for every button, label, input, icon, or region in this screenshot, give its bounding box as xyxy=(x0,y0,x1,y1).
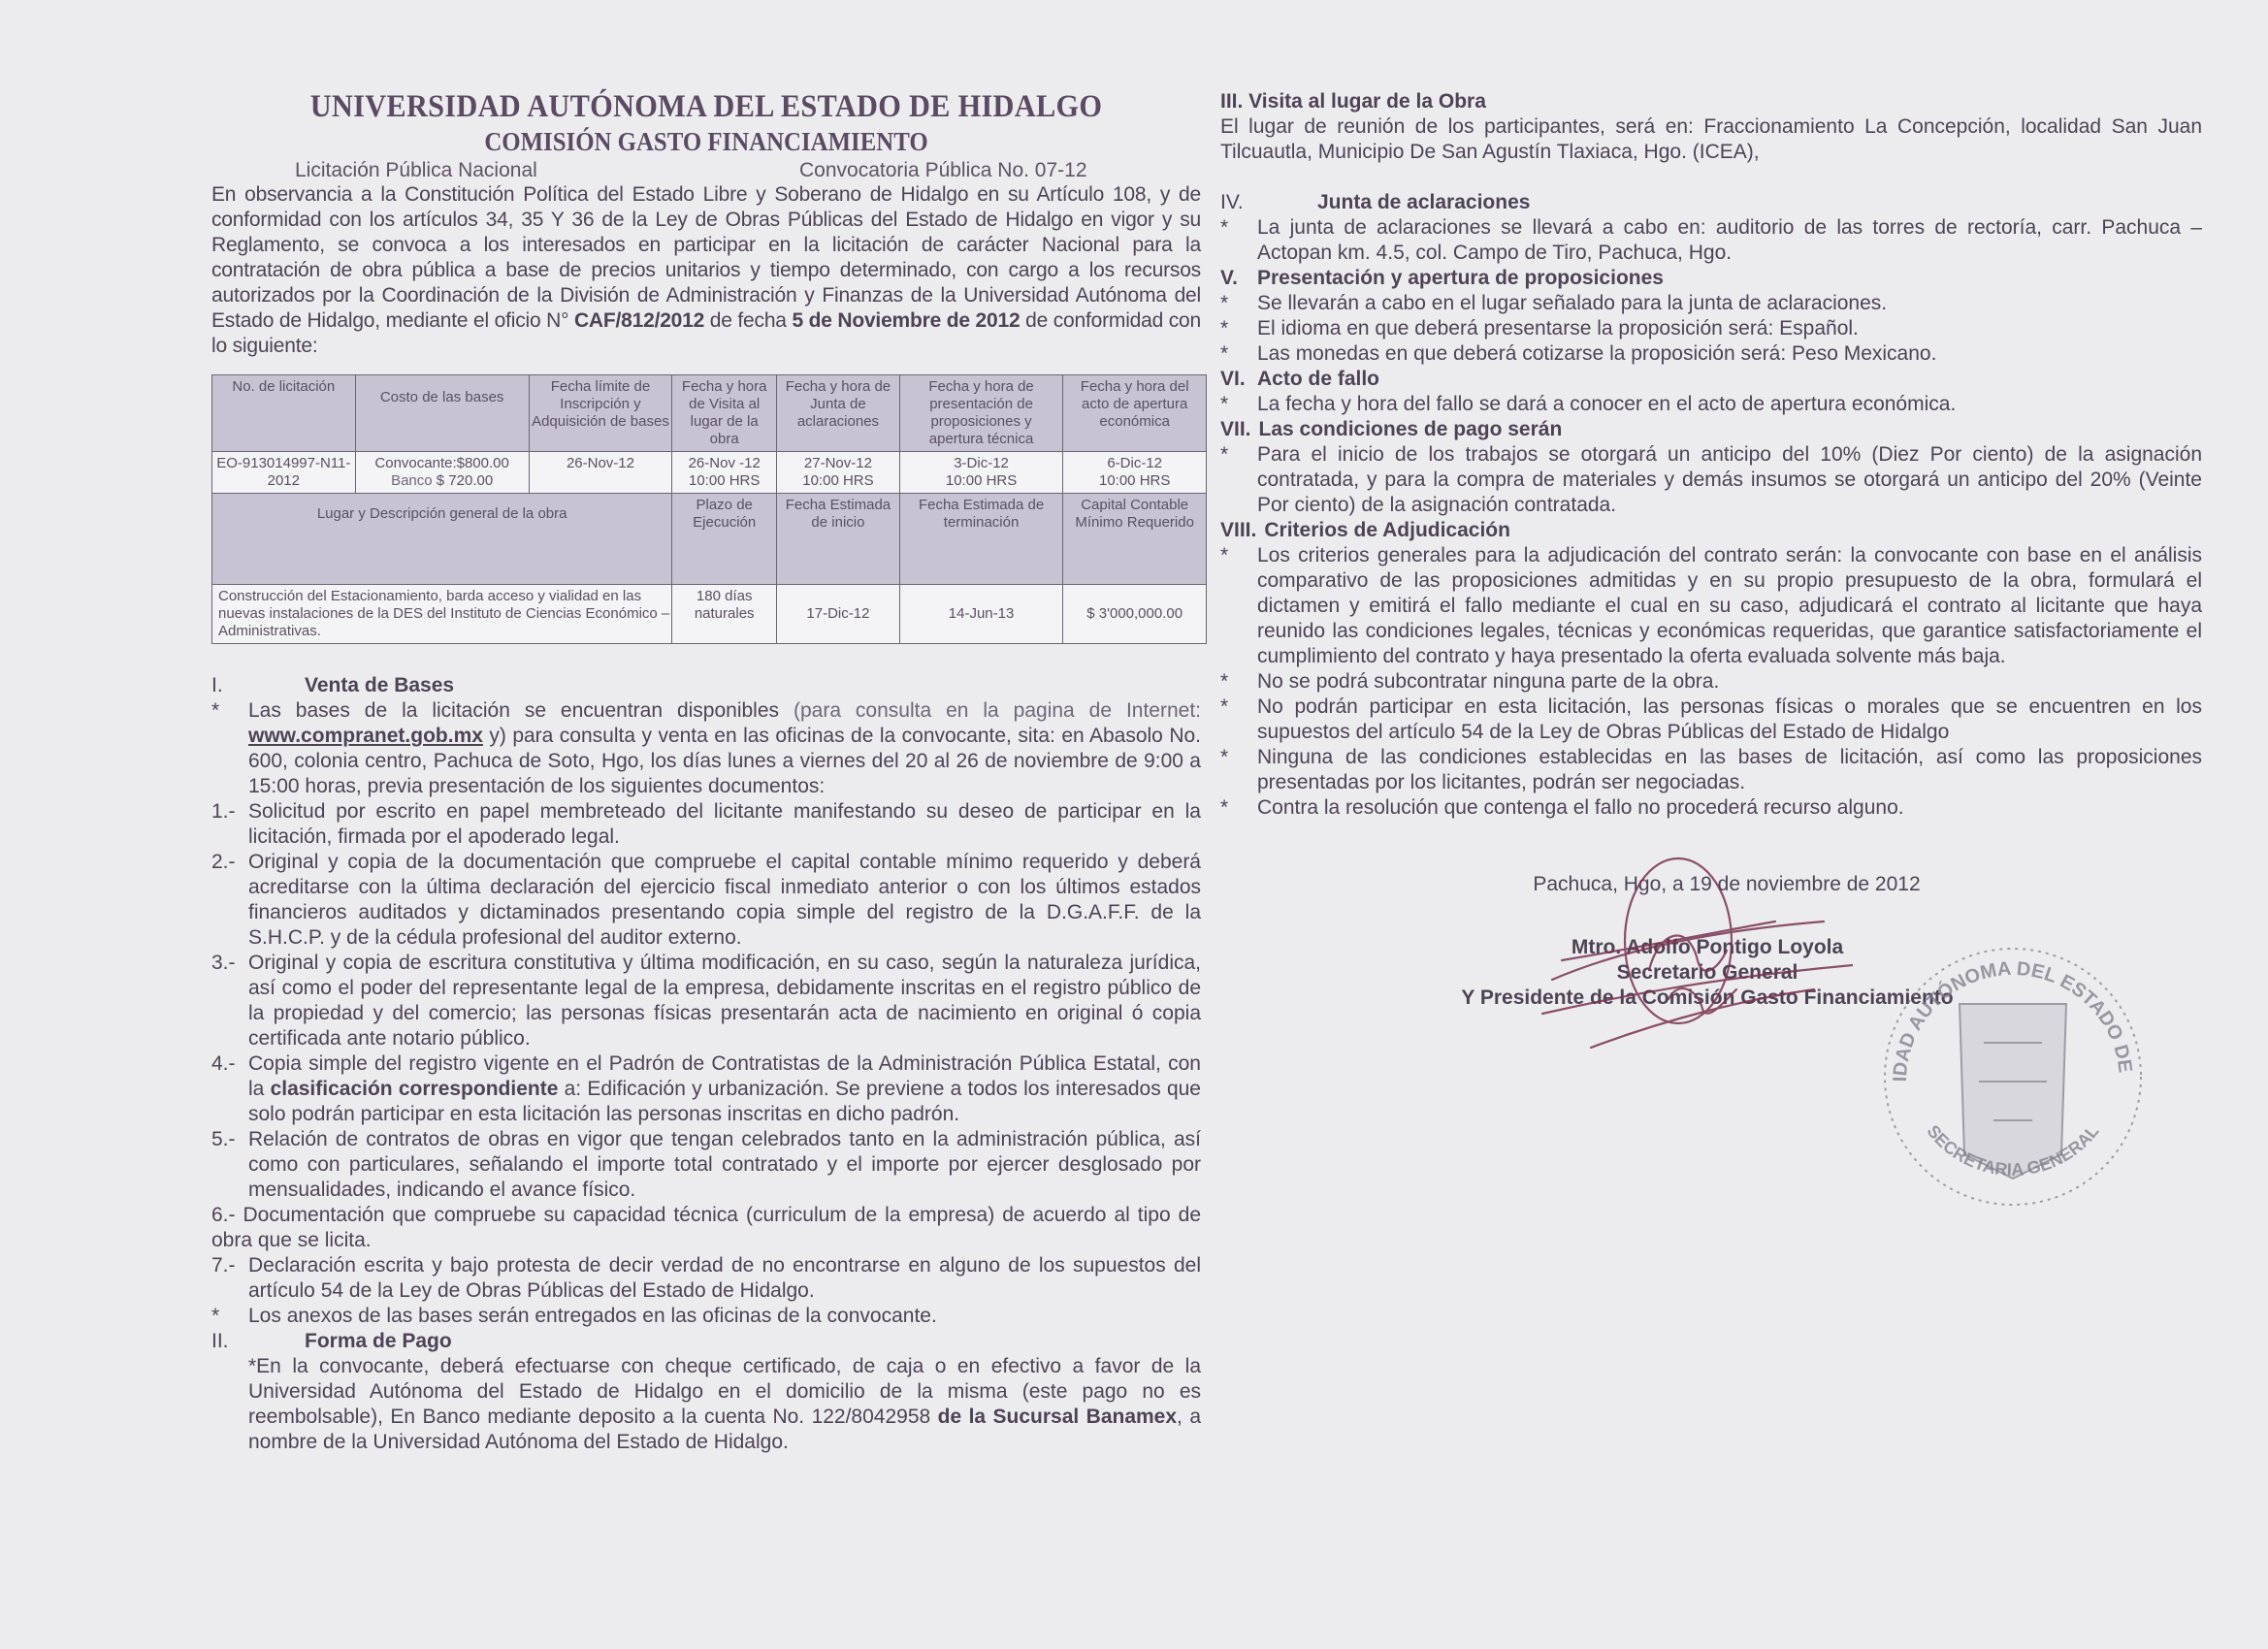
handwritten-signature-icon xyxy=(1533,854,1853,1096)
item-text: 6.- Documentación que compruebe su capac… xyxy=(211,1203,1201,1253)
list-item: * La junta de aclaraciones se llevará a … xyxy=(1220,215,2202,266)
section-8-title: Criterios de Adjudicación xyxy=(1264,518,1510,543)
item-text: La fecha y hora del fallo se dará a cono… xyxy=(1257,392,2202,417)
bullet-icon: * xyxy=(1220,291,1257,316)
bases-text-muted: (para consulta en la pagina de Internet: xyxy=(794,699,1201,722)
bases-availability-text: Las bases de la licitación se encuentran… xyxy=(248,698,1201,799)
section-5-title: Presentación y apertura de proposiciones xyxy=(1257,266,1664,291)
list-item: *En la convocante, deberá efectuarse con… xyxy=(211,1354,1201,1455)
list-item: 3.- Original y copia de escritura consti… xyxy=(211,951,1201,1051)
site-visit-time: 10:00 HRS xyxy=(674,472,774,490)
office-ref: CAF/812/2012 xyxy=(574,309,704,332)
list-item: 6.- Documentación que compruebe su capac… xyxy=(211,1203,1201,1253)
tender-type: Licitación Pública Nacional xyxy=(295,159,799,182)
bullet-icon: * xyxy=(211,1304,248,1329)
section-2-heading: II. Forma de Pago xyxy=(211,1329,1201,1354)
section-8-heading: VIII. Criterios de Adjudicación xyxy=(1220,518,2202,543)
section-8-number: VIII. xyxy=(1220,518,1256,543)
list-item: 2.- Original y copia de la documentación… xyxy=(211,850,1201,951)
site-visit-date: 26-Nov -12 xyxy=(674,455,774,472)
payment-bank: de la Sucursal Banamex xyxy=(938,1406,1177,1428)
td-technical-opening: 3-Dic-1210:00 HRS xyxy=(899,452,1063,494)
td-economic-opening: 6-Dic-1210:00 HRS xyxy=(1063,452,1207,494)
td-site-visit: 26-Nov -1210:00 HRS xyxy=(672,452,777,494)
item-number: 4.- xyxy=(211,1051,248,1127)
tender-subheader: Licitación Pública Nacional Convocatoria… xyxy=(211,159,1201,182)
technical-date: 3-Dic-12 xyxy=(902,455,1061,472)
th-term: Plazo de Ejecución xyxy=(672,494,777,585)
intro-paragraph: En observancia a la Constitución Polític… xyxy=(211,182,1201,359)
th-start-date: Fecha Estimada de inicio xyxy=(777,494,900,585)
bullet-icon: * xyxy=(1220,543,1257,669)
item-text: Solicitud por escrito en papel membretea… xyxy=(248,799,1201,850)
list-item: 4.- Copia simple del registro vigente en… xyxy=(211,1051,1201,1127)
th-technical-opening: Fecha y hora de presentación de proposic… xyxy=(899,375,1063,452)
section-1-heading: I. Venta de Bases xyxy=(211,673,1201,698)
list-item: 5.- Relación de contratos de obras en vi… xyxy=(211,1127,1201,1203)
section-5-heading: V. Presentación y apertura de proposicio… xyxy=(1220,266,2202,291)
section-6-heading: VI. Acto de fallo xyxy=(1220,367,2202,392)
item-text: Copia simple del registro vigente en el … xyxy=(248,1051,1201,1127)
td-end-date: 14-Jun-13 xyxy=(899,585,1063,644)
section-4-number: IV. xyxy=(1220,190,1317,215)
td-start-date: 17-Dic-12 xyxy=(777,585,900,644)
item-text: El idioma en que deberá presentarse la p… xyxy=(1257,316,2202,341)
th-site-visit: Fecha y hora de Visita al lugar de la ob… xyxy=(672,375,777,452)
list-item: * Los anexos de las bases serán entregad… xyxy=(211,1304,1201,1329)
th-clarification: Fecha y hora de Junta de aclaraciones xyxy=(777,375,900,452)
list-item: * Se llevarán a cabo en el lugar señalad… xyxy=(1220,291,2202,316)
list-item: * Las bases de la licitación se encuentr… xyxy=(211,698,1201,799)
call-number: Convocatoria Pública No. 07-12 xyxy=(799,159,1087,182)
item-text: Las monedas en que deberá cotizarse la p… xyxy=(1257,341,2202,367)
list-item: * No podrán participar en esta licitació… xyxy=(1220,695,2202,745)
item-number: 1.- xyxy=(211,799,248,850)
item-text: La junta de aclaraciones se llevará a ca… xyxy=(1257,215,2202,266)
section-6-title: Acto de fallo xyxy=(1257,367,1379,392)
bullet-icon: * xyxy=(1220,442,1257,518)
th-cost: Costo de las bases xyxy=(355,375,529,452)
item-text: Los anexos de las bases serán entregados… xyxy=(248,1304,1201,1329)
technical-time: 10:00 HRS xyxy=(902,472,1061,490)
item4-bold: clasificación correspondiente xyxy=(271,1078,559,1100)
section-4-heading: IV. Junta de aclaraciones xyxy=(1220,190,2202,215)
document-page: UNIVERSIDAD AUTÓNOMA DEL ESTADO DE HIDAL… xyxy=(0,0,2268,1649)
list-item: * Los criterios generales para la adjudi… xyxy=(1220,543,2202,669)
section-2-title: Forma de Pago xyxy=(305,1329,452,1354)
item-number: 3.- xyxy=(211,951,248,1051)
th-registration: Fecha límite de Inscripción y Adquisició… xyxy=(529,375,672,452)
section-6-number: VI. xyxy=(1220,367,1249,392)
cost-banco-label: Banco xyxy=(391,472,433,489)
th-tender-no: No. de licitación xyxy=(212,375,356,452)
list-item: El lugar de reunión de los participantes… xyxy=(1220,114,2202,165)
th-end-date: Fecha Estimada de terminación xyxy=(899,494,1063,585)
tender-table: No. de licitación Costo de las bases Fec… xyxy=(211,374,1207,644)
item-text: Ninguna de las condiciones establecidas … xyxy=(1257,745,2202,795)
item-text: Original y copia de la documentación que… xyxy=(248,850,1201,951)
institution-title: UNIVERSIDAD AUTÓNOMA DEL ESTADO DE HIDAL… xyxy=(251,89,1161,125)
item-text: No podrán participar en esta licitación,… xyxy=(1257,695,2202,745)
list-item: * Las monedas en que deberá cotizarse la… xyxy=(1220,341,2202,367)
bases-text-1: Las bases de la licitación se encuentran… xyxy=(248,699,794,722)
section-3-heading: III. Visita al lugar de la Obra xyxy=(1220,89,2202,114)
clarification-date: 27-Nov-12 xyxy=(779,455,897,472)
list-item: * Contra la resolución que contenga el f… xyxy=(1220,795,2202,821)
office-date: 5 de Noviembre de 2012 xyxy=(792,309,1020,332)
bullet-icon: * xyxy=(1220,215,1257,266)
section-7-heading: VII. Las condiciones de pago serán xyxy=(1220,417,2202,442)
left-column: UNIVERSIDAD AUTÓNOMA DEL ESTADO DE HIDAL… xyxy=(211,89,1201,1455)
bullet-icon: * xyxy=(211,698,248,799)
list-item: * La fecha y hora del fallo se dará a co… xyxy=(1220,392,2202,417)
cost-banco: $ 720.00 xyxy=(437,472,493,489)
item-number: 2.- xyxy=(211,850,248,951)
item-text: Los criterios generales para la adjudica… xyxy=(1257,543,2202,669)
commission-title: COMISIÓN GASTO FINANCIAMIENTO xyxy=(251,127,1161,157)
item-number: 5.- xyxy=(211,1127,248,1203)
compranet-link[interactable]: www.compranet.gob.mx xyxy=(248,725,483,747)
td-description: Construcción del Estacionamiento, barda … xyxy=(212,585,672,644)
td-min-capital: $ 3'000,000.00 xyxy=(1063,585,1207,644)
bullet-icon: * xyxy=(1220,669,1257,695)
bullet-icon: * xyxy=(1220,316,1257,341)
table-row: Construcción del Estacionamiento, barda … xyxy=(212,585,1207,644)
bullet-icon: * xyxy=(1220,795,1257,821)
cost-convocante: Convocante:$800.00 xyxy=(358,455,527,472)
item-number: 7.- xyxy=(211,1253,248,1304)
table-header-row-2: Lugar y Descripción general de la obra P… xyxy=(212,494,1207,585)
item-text: Relación de contratos de obras en vigor … xyxy=(248,1127,1201,1203)
td-tender-no: EO-913014997-N11-2012 xyxy=(212,452,356,494)
section-1-title: Venta de Bases xyxy=(305,673,454,698)
item-text: Declaración escrita y bajo protesta de d… xyxy=(248,1253,1201,1304)
indent-spacer xyxy=(211,1354,248,1455)
table-header-row-1: No. de licitación Costo de las bases Fec… xyxy=(212,375,1207,452)
university-seal-icon: UNIVERSIDAD AUTÓNOMA DEL ESTADO DE HIDAL… xyxy=(1867,936,2158,1217)
bullet-icon: * xyxy=(1220,341,1257,367)
item-text: Para el inicio de los trabajos se otorga… xyxy=(1257,442,2202,518)
bullet-icon: * xyxy=(1220,745,1257,795)
bullet-icon: * xyxy=(1220,392,1257,417)
list-item: * No se podrá subcontratar ninguna parte… xyxy=(1220,669,2202,695)
section-7-title: Las condiciones de pago serán xyxy=(1259,417,1563,442)
list-item: * Ninguna de las condiciones establecida… xyxy=(1220,745,2202,795)
list-item: * Para el inicio de los trabajos se otor… xyxy=(1220,442,2202,518)
list-item: 7.- Declaración escrita y bajo protesta … xyxy=(211,1253,1201,1304)
item-text: El lugar de reunión de los participantes… xyxy=(1220,114,2202,165)
item-text: Se llevarán a cabo en el lugar señalado … xyxy=(1257,291,2202,316)
td-registration: 26-Nov-12 xyxy=(529,452,672,494)
td-clarification: 27-Nov-1210:00 HRS xyxy=(777,452,900,494)
item-text: Contra la resolución que contenga el fal… xyxy=(1257,795,2202,821)
section-7-number: VII. xyxy=(1220,417,1251,442)
economic-time: 10:00 HRS xyxy=(1065,472,1204,490)
list-item: * El idioma en que deberá presentarse la… xyxy=(1220,316,2202,341)
td-cost: Convocante:$800.00 Banco $ 720.00 xyxy=(355,452,529,494)
item-text: Original y copia de escritura constituti… xyxy=(248,951,1201,1051)
clarification-time: 10:00 HRS xyxy=(779,472,897,490)
right-column: III. Visita al lugar de la Obra El lugar… xyxy=(1220,89,2202,821)
intro-text-2: de fecha xyxy=(704,309,792,332)
list-item: 1.- Solicitud por escrito en papel membr… xyxy=(211,799,1201,850)
payment-text: *En la convocante, deberá efectuarse con… xyxy=(248,1354,1201,1455)
section-2-number: II. xyxy=(211,1329,305,1354)
section-4-title: Junta de aclaraciones xyxy=(1317,190,1530,215)
th-economic-opening: Fecha y hora del acto de apertura económ… xyxy=(1063,375,1207,452)
section-3-title: III. Visita al lugar de la Obra xyxy=(1220,89,1486,114)
section-1-number: I. xyxy=(211,673,305,698)
th-description: Lugar y Descripción general de la obra xyxy=(212,494,672,585)
item-text: No se podrá subcontratar ninguna parte d… xyxy=(1257,669,2202,695)
section-5-number: V. xyxy=(1220,266,1249,291)
table-row: EO-913014997-N11-2012 Convocante:$800.00… xyxy=(212,452,1207,494)
economic-date: 6-Dic-12 xyxy=(1065,455,1204,472)
th-min-capital: Capital Contable Mínimo Requerido xyxy=(1063,494,1207,585)
td-term: 180 días naturales xyxy=(672,585,777,644)
bullet-icon: * xyxy=(1220,695,1257,745)
